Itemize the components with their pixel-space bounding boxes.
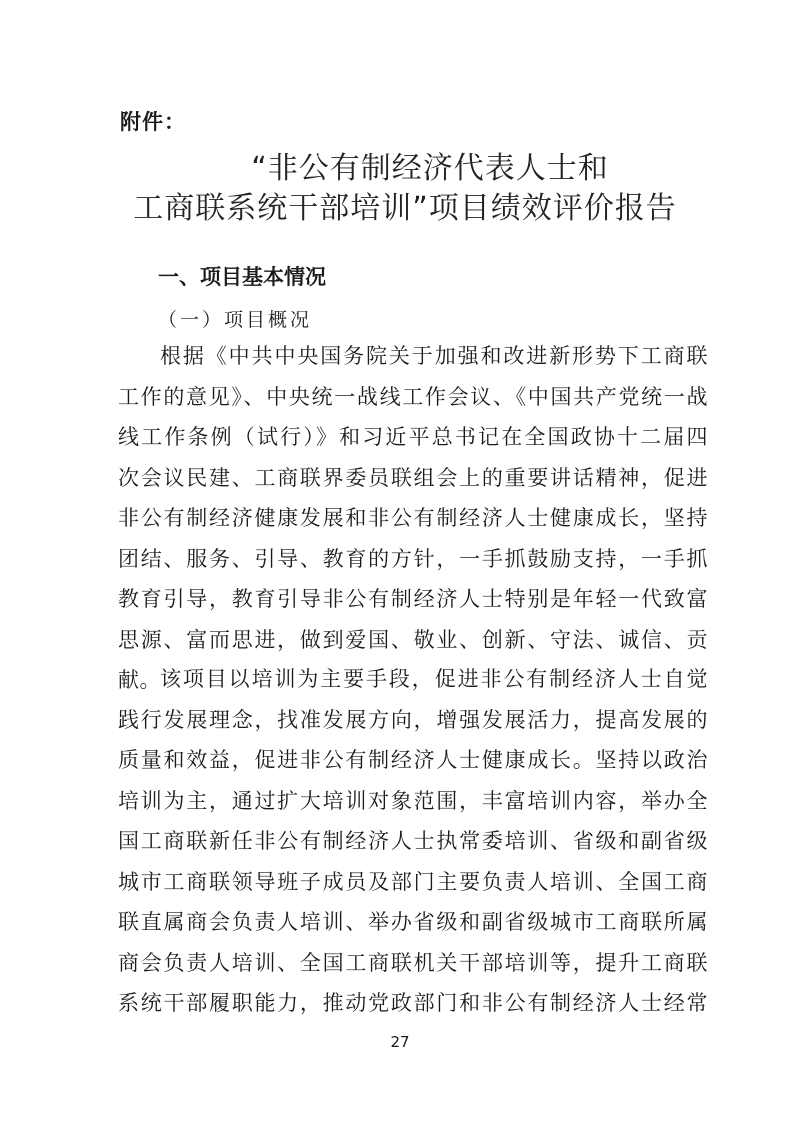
- paragraph-line: 教育引导，教育引导非公有制经济人士特别是年轻一代致富: [118, 579, 708, 620]
- report-title-line-2: 工商联系统干部培训”项目绩效评价报告: [5, 183, 800, 227]
- section-heading: 一、项目基本情况: [158, 261, 326, 291]
- paragraph-line: 团结、服务、引导、教育的方针，一手抓鼓励支持，一手抓: [118, 539, 708, 580]
- paragraph-line: 城市工商联领导班子成员及部门主要负责人培训、全国工商: [118, 862, 708, 903]
- attachment-label: 附件：: [120, 106, 186, 136]
- page-number: 27: [0, 1033, 800, 1051]
- report-title-line-1: “非公有制经济代表人士和: [30, 143, 800, 187]
- paragraph-line: 次会议民建、工商联界委员联组会上的重要讲话精神，促进: [118, 458, 708, 499]
- paragraph-1: 根据《中共中央国务院关于加强和改进新形势下工商联 工作的意见》、中央统一战线工作…: [118, 336, 708, 701]
- paragraph-line: 联直属商会负责人培训、举办省级和副省级城市工商联所属: [118, 902, 708, 943]
- subsection-heading: （一）项目概况: [158, 305, 312, 332]
- paragraph-2: 该项目以培训为主要手段，促进非公有制经济人士自觉 践行发展理念，找准发展方向，增…: [118, 659, 708, 1024]
- paragraph-line: 线工作条例（试行）》和习近平总书记在全国政协十二届四: [118, 417, 708, 458]
- paragraph-line: 非公有制经济健康发展和非公有制经济人士健康成长，坚持: [118, 498, 708, 539]
- document-page: 附件： “非公有制经济代表人士和 工商联系统干部培训”项目绩效评价报告 一、项目…: [0, 0, 800, 1131]
- paragraph-line: 工作的意见》、中央统一战线工作会议、《中国共产党统一战: [118, 377, 708, 418]
- paragraph-line: 国工商联新任非公有制经济人士执常委培训、省级和副省级: [118, 821, 708, 862]
- paragraph-line: 质量和效益，促进非公有制经济人士健康成长。坚持以政治: [118, 740, 708, 781]
- paragraph-line: 商会负责人培训、全国工商联机关干部培训等，提升工商联: [118, 943, 708, 984]
- paragraph-line: 培训为主，通过扩大培训对象范围，丰富培训内容，举办全: [118, 781, 708, 822]
- paragraph-line: 思源、富而思进，做到爱国、敬业、创新、守法、诚信、贡: [118, 620, 708, 661]
- paragraph-line: 根据《中共中央国务院关于加强和改进新形势下工商联: [118, 336, 708, 377]
- paragraph-line: 践行发展理念，找准发展方向，增强发展活力，提高发展的: [118, 700, 708, 741]
- paragraph-line: 该项目以培训为主要手段，促进非公有制经济人士自觉: [118, 659, 708, 700]
- paragraph-line: 系统干部履职能力，推动党政部门和非公有制经济人士经常: [118, 983, 708, 1024]
